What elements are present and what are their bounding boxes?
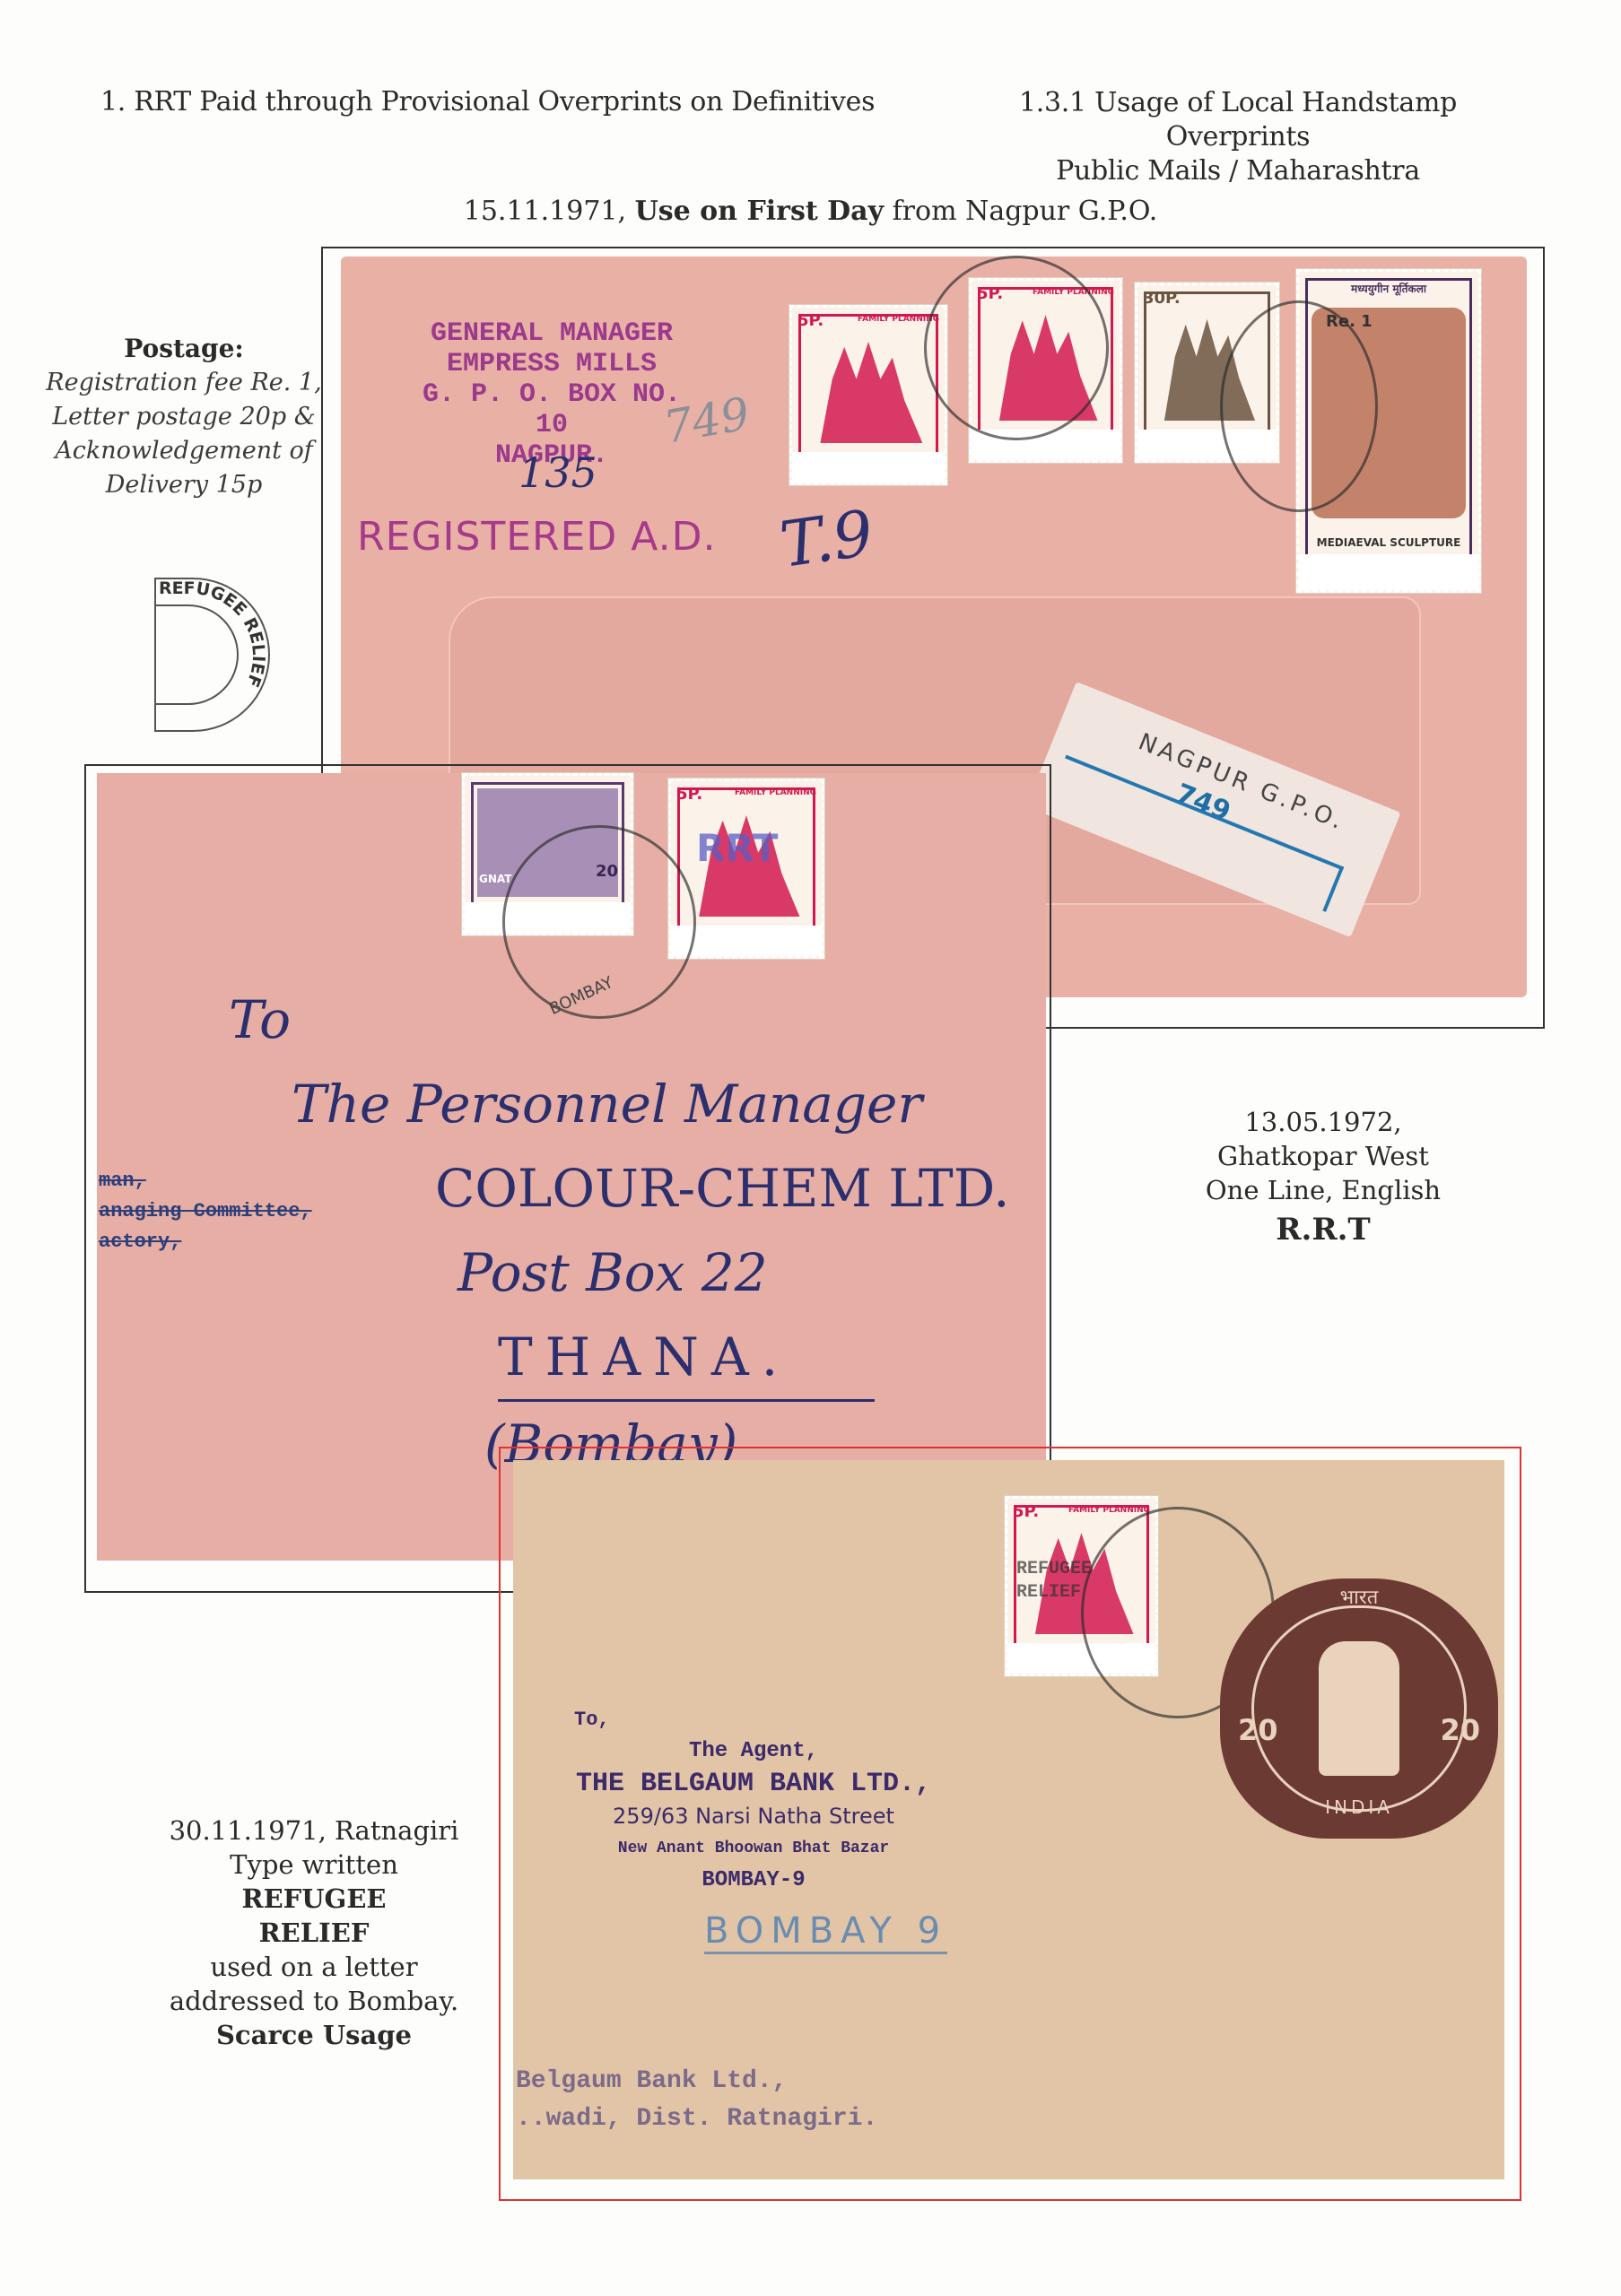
section-title: 1.3.1 Usage of Local Handstamp Overprint…	[951, 86, 1525, 154]
manuscript-bombay: BOMBAY 9	[704, 1910, 947, 1954]
section-subtitle: Public Mails / Maharashtra	[951, 154, 1525, 188]
cover2-note: 13.05.1972, Ghatkopar West One Line, Eng…	[1153, 1105, 1494, 1247]
refugee-relief-handstamp-icon: REFUGEE RELIEF	[148, 574, 274, 735]
addressee-handstamp: The Agent, THE BELGAUM BANK LTD., 259/63…	[556, 1735, 951, 1897]
manuscript-number: 135	[519, 448, 597, 497]
registered-ad-handstamp: REGISTERED A.D.	[357, 514, 716, 560]
postmark	[924, 256, 1109, 440]
page-title-left: 1. RRT Paid through Provisional Overprin…	[100, 86, 875, 117]
manuscript-to: T.9	[776, 496, 878, 582]
cover1-caption: 15.11.1971, Use on First Day from Nagpur…	[0, 196, 1621, 227]
sender-handstamp: Belgaum Bank Ltd., ..wadi, Dist. Ratnagi…	[516, 2063, 877, 2138]
postage-note: Postage: Registration fee Re. 1, Letter …	[36, 332, 332, 502]
svg-text:REFUGEE RELIEF: REFUGEE RELIEF	[159, 578, 268, 690]
handwritten-address: To The Personnel Manager COLOUR-CHEM LTD…	[229, 978, 1010, 1486]
addressee-to: To,	[574, 1709, 610, 1731]
cover3-note: 30.11.1971, Ratnagiri Type written REFUG…	[144, 1813, 484, 2052]
printed-indicia-lion-capital: भारत 20 20 INDIA	[1220, 1578, 1498, 1839]
stamp-family-planning: 5P. FAMILY PLANNING भारत INDIA	[789, 305, 947, 485]
page-title-right: 1.3.1 Usage of Local Handstamp Overprint…	[951, 86, 1525, 188]
postmark	[1220, 300, 1378, 512]
struck-out-text: man, anaging Committee, actory,	[99, 1166, 312, 1257]
